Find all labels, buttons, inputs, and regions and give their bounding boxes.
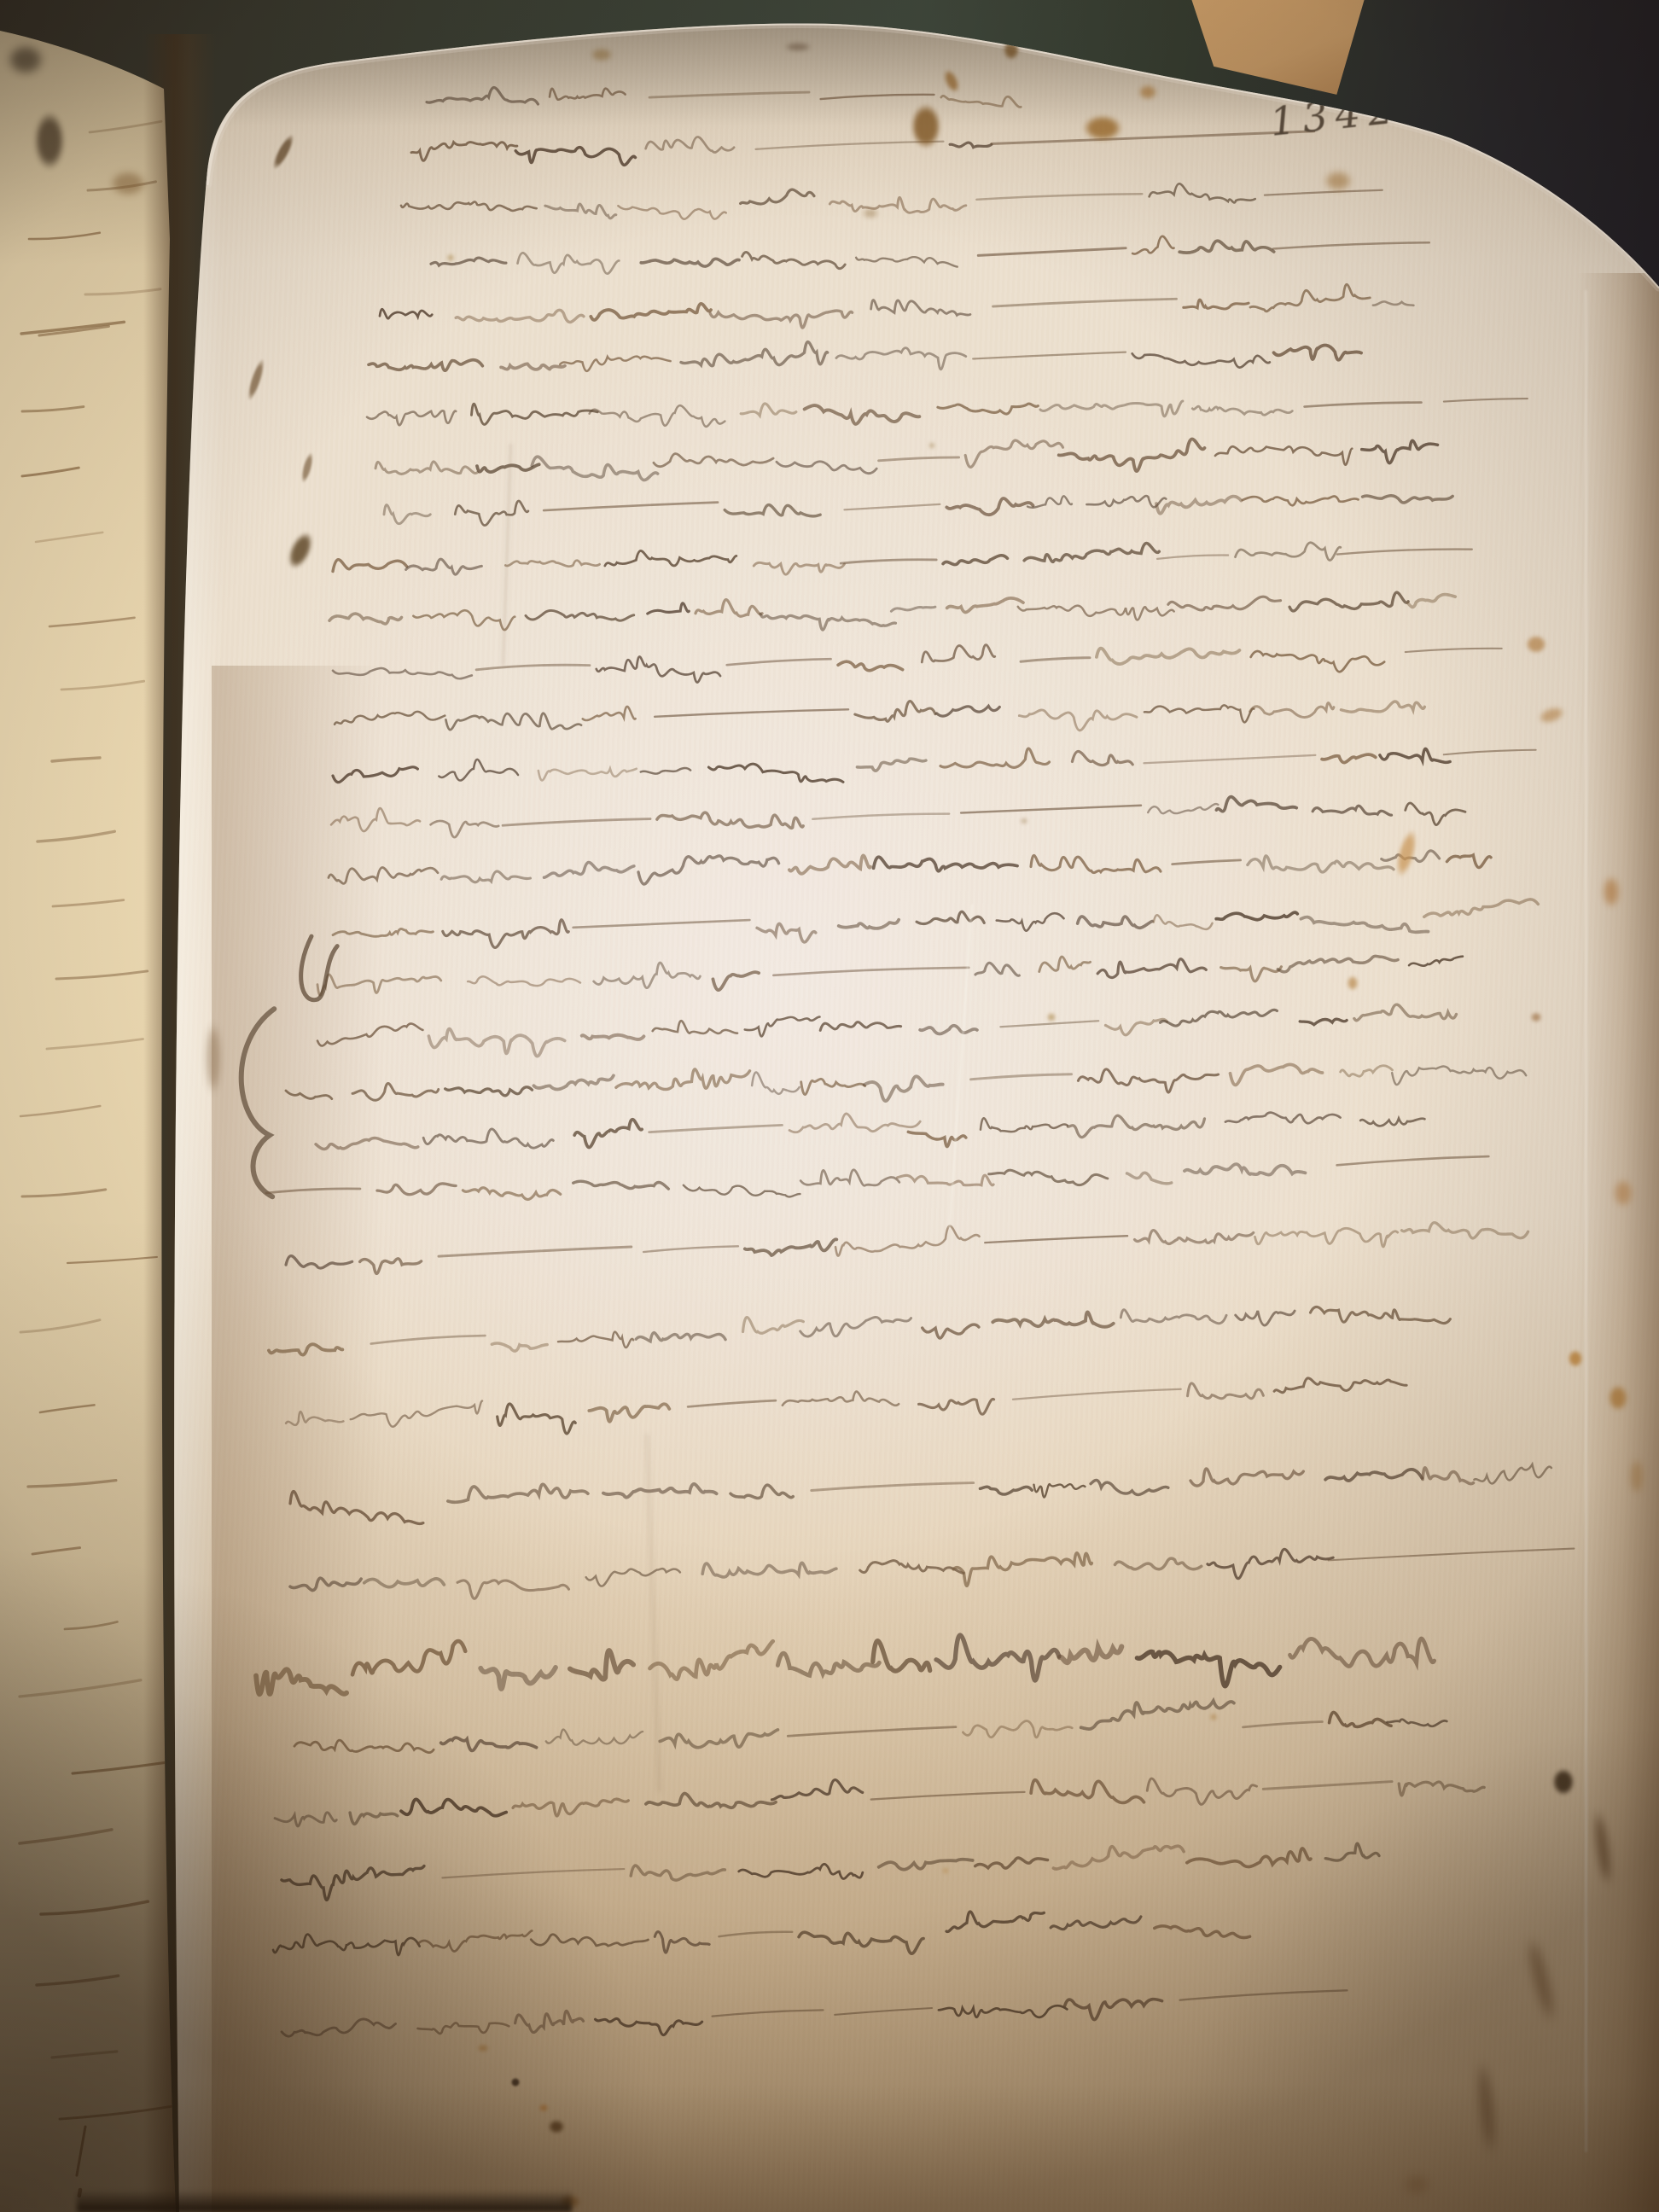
handwriting-stroke	[367, 410, 456, 425]
handwriting-stroke	[741, 404, 796, 416]
handwriting-stroke	[423, 1127, 554, 1150]
handwriting-stroke	[1243, 495, 1359, 506]
handwriting-stroke	[558, 1331, 634, 1350]
handwriting-stroke	[829, 196, 966, 213]
handwriting-stroke	[941, 95, 1022, 108]
handwriting-stroke	[1310, 1301, 1450, 1328]
handwriting-stroke	[1058, 439, 1204, 472]
line-filler-dash	[649, 92, 809, 97]
handwriting-stroke	[1127, 1173, 1172, 1185]
handwriting-line	[294, 1695, 1447, 1758]
handwriting-stroke	[443, 920, 569, 949]
handwriting-stroke	[989, 1167, 1108, 1187]
handwriting-stroke	[1300, 1019, 1347, 1025]
handwriting-stroke	[589, 1404, 670, 1422]
handwriting-stroke	[1373, 301, 1414, 306]
line-filler-dash	[1406, 648, 1502, 652]
handwriting-stroke	[256, 1668, 346, 1696]
handwriting-stroke	[657, 811, 803, 829]
handwriting-line	[268, 1290, 1450, 1368]
line-filler-dash	[1444, 750, 1536, 755]
handwriting-stroke	[839, 920, 899, 929]
handwriting-stroke	[1216, 795, 1296, 811]
handwriting-stroke	[1408, 594, 1456, 607]
line-filler-dash	[1144, 755, 1315, 763]
handwriting-stroke	[618, 205, 725, 220]
handwriting-line	[285, 1372, 1407, 1443]
handwriting-stroke	[660, 1730, 778, 1749]
line-filler-dash	[544, 503, 718, 510]
line-filler-dash	[371, 1336, 486, 1344]
handwriting-stroke	[684, 1182, 800, 1199]
handwriting-stroke	[585, 1568, 680, 1586]
handwriting-stroke	[731, 1485, 794, 1499]
handwriting-stroke	[800, 1316, 911, 1338]
line-filler-dash	[879, 457, 959, 461]
handwriting-stroke	[560, 356, 671, 372]
handwriting-stroke	[646, 1791, 777, 1811]
handwriting-stroke	[872, 1639, 929, 1671]
handwriting-stroke	[275, 1812, 336, 1826]
handwriting-stroke	[290, 1577, 362, 1591]
handwriting-stroke	[710, 311, 853, 329]
handwriting-stroke	[457, 1578, 569, 1599]
handwriting-stroke	[1097, 646, 1240, 665]
line-filler-dash	[755, 142, 943, 149]
line-filler-dash	[649, 1125, 783, 1132]
line-filler-dash	[992, 131, 1314, 144]
handwriting-stroke	[1362, 440, 1438, 463]
handwriting-stroke	[1447, 855, 1491, 869]
handwriting-stroke	[1105, 1019, 1167, 1035]
handwriting-stroke	[317, 1023, 423, 1045]
handwriting-stroke	[431, 820, 499, 838]
handwriting-line	[290, 1541, 1575, 1603]
handwriting-stroke	[725, 504, 820, 518]
handwriting-stroke	[1248, 853, 1394, 873]
handwriting-line	[317, 1004, 1457, 1061]
handwriting-stroke	[505, 560, 599, 567]
handwriting-stroke	[477, 464, 539, 472]
line-filler-dash	[1180, 1990, 1348, 2000]
handwriting-stroke	[471, 402, 597, 424]
handwriting-stroke	[789, 1112, 921, 1133]
handwriting-stroke	[1216, 912, 1297, 920]
handwriting-stroke	[1341, 1066, 1393, 1077]
handwriting-stroke	[1230, 1064, 1322, 1086]
handwriting-stroke	[1019, 708, 1137, 731]
handwriting-stroke	[352, 1641, 466, 1674]
handwriting-stroke	[879, 1859, 973, 1870]
handwriting-stroke	[375, 461, 478, 475]
handwriting-stroke	[1382, 851, 1440, 863]
handwriting-line	[274, 1761, 1484, 1830]
handwriting-stroke	[1399, 1780, 1484, 1796]
line-filler-dash	[1263, 1782, 1392, 1790]
handwriting-stroke	[574, 1119, 643, 1147]
handwriting-stroke	[411, 142, 517, 161]
handwriting-stroke	[981, 1116, 1068, 1132]
handwriting-stroke	[1031, 853, 1161, 874]
handwriting-stroke	[1254, 1227, 1398, 1251]
handwriting-stroke	[1031, 1777, 1144, 1805]
handwriting-stroke	[1225, 1111, 1341, 1125]
handwriting-stroke	[573, 1179, 669, 1191]
handwriting-stroke	[1039, 956, 1090, 971]
line-filler-dash	[1021, 658, 1090, 662]
handwriting-stroke	[369, 360, 483, 372]
handwriting-line	[431, 232, 1429, 276]
handwriting-stroke	[532, 455, 658, 482]
handwriting-stroke	[963, 1720, 1072, 1739]
handwriting-stroke	[649, 1641, 774, 1679]
handwriting-line	[290, 1462, 1552, 1527]
handwriting-stroke	[742, 1315, 804, 1334]
handwriting-stroke	[856, 256, 958, 269]
line-filler-dash	[688, 1400, 776, 1406]
line-filler-dash	[1157, 555, 1228, 558]
handwriting-stroke	[1363, 494, 1453, 504]
handwriting-line	[316, 1102, 1425, 1160]
handwriting-stroke	[760, 612, 896, 631]
handwriting-stroke	[855, 701, 935, 722]
handwriting-stroke	[1072, 750, 1132, 765]
handwriting-stroke	[317, 973, 441, 996]
line-filler-dash	[871, 1792, 1025, 1800]
handwriting-stroke	[1137, 1649, 1280, 1688]
handwriting-stroke	[891, 607, 935, 611]
handwriting-stroke	[636, 1330, 725, 1342]
handwriting-stroke	[1148, 804, 1218, 814]
handwriting-stroke	[1251, 649, 1385, 673]
handwriting-stroke	[517, 252, 619, 276]
handwriting-stroke	[1322, 754, 1376, 763]
line-filler-dash	[1000, 1021, 1098, 1027]
handwriting-stroke	[428, 1027, 565, 1058]
handwriting-stroke	[377, 1184, 457, 1196]
handwriting-stroke	[1156, 496, 1242, 513]
handwriting-stroke	[918, 1399, 994, 1416]
handwriting-stroke	[757, 923, 816, 943]
handwriting-line	[401, 181, 1382, 223]
handwriting-stroke	[1329, 1711, 1391, 1727]
handwriting-stroke	[1341, 701, 1424, 713]
handwriting-stroke	[1406, 802, 1466, 825]
line-filler-dash	[719, 1931, 792, 1936]
handwriting-stroke	[938, 404, 1039, 415]
line-filler-dash	[442, 1869, 624, 1877]
handwriting-stroke	[455, 501, 528, 526]
handwriting-stroke	[1115, 1557, 1201, 1571]
handwriting-stroke	[418, 1930, 533, 1952]
handwriting-stroke	[745, 1016, 820, 1037]
handwriting-stroke	[638, 855, 779, 884]
handwriting-stroke	[1289, 1636, 1435, 1668]
line-filler-dash	[976, 194, 1142, 200]
handwriting-stroke	[591, 304, 711, 320]
handwriting-stroke	[1080, 1700, 1234, 1729]
handwriting-stroke	[739, 1863, 863, 1881]
handwriting-line	[333, 740, 1536, 791]
handwriting-stroke	[835, 1225, 980, 1256]
handwriting-stroke	[654, 452, 773, 467]
handwriting-stroke	[980, 1486, 1032, 1494]
handwriting-stroke	[836, 347, 966, 371]
handwriting-stroke	[286, 1254, 352, 1269]
handwriting-stroke	[754, 562, 844, 575]
handwriting-stroke	[805, 405, 920, 425]
handwriting-stroke	[380, 308, 432, 318]
handwriting-stroke	[1134, 1227, 1254, 1245]
handwriting-stroke	[870, 299, 969, 317]
page-top-edge-glow	[207, 23, 1659, 287]
handwriting-stroke	[1192, 405, 1292, 416]
handwriting-stroke	[1121, 1306, 1226, 1327]
handwriting-stroke	[350, 1401, 483, 1429]
handwriting-stroke	[946, 1910, 1045, 1932]
handwriting-stroke	[1221, 966, 1282, 981]
line-filler-dash	[266, 1188, 360, 1193]
handwriting-stroke	[1091, 1479, 1168, 1496]
handwriting-stroke	[820, 1022, 901, 1031]
handwriting-stroke	[1380, 748, 1450, 764]
handwriting-stroke	[1190, 1467, 1304, 1487]
handwriting-stroke	[908, 1131, 966, 1148]
handwriting-stroke	[975, 963, 1020, 976]
handwriting-line	[411, 128, 1314, 167]
line-filler-dash	[978, 248, 1126, 256]
handwriting-stroke	[439, 759, 518, 781]
handwriting-stroke	[515, 2011, 584, 2034]
line-filler-dash	[655, 709, 848, 716]
handwriting-line	[333, 636, 1502, 690]
handwriting-stroke	[513, 1799, 629, 1818]
handwriting-stroke	[752, 1072, 800, 1095]
handwriting-stroke	[771, 1779, 863, 1800]
line-filler-dash	[971, 1074, 1072, 1080]
handwriting-stroke	[1208, 1548, 1334, 1580]
handwriting-stroke	[992, 1311, 1114, 1330]
handwriting-stroke	[447, 1483, 588, 1502]
handwriting-stroke	[1187, 1381, 1263, 1400]
line-filler-dash	[973, 352, 1126, 359]
line-filler-dash	[1265, 190, 1382, 195]
handwriting-stroke	[950, 143, 992, 148]
handwriting-stroke	[333, 928, 434, 937]
handwriting-stroke	[1064, 1996, 1162, 2020]
handwriting-stroke	[696, 599, 762, 617]
handwriting-line	[285, 1210, 1528, 1278]
page-top-edge-highlight	[207, 23, 1659, 287]
handwriting-stroke	[648, 603, 690, 614]
handwriting-stroke	[947, 598, 1024, 613]
handwriting-stroke	[799, 1930, 924, 1957]
handwriting-stroke	[645, 137, 734, 154]
handwriting-stroke	[413, 609, 515, 631]
handwriting-line	[255, 1621, 1435, 1706]
handwriting-stroke	[1274, 1375, 1407, 1393]
handwriting-stroke	[441, 1736, 537, 1751]
handwriting-stroke	[708, 762, 843, 784]
handwriting-stroke	[282, 1866, 425, 1901]
handwriting-stroke	[333, 559, 407, 572]
handwriting-stroke	[480, 1667, 556, 1690]
handwriting-stroke	[282, 2018, 396, 2037]
handwriting-stroke	[1387, 1718, 1447, 1727]
handwriting-stroke	[427, 87, 538, 105]
line-filler-dash	[1173, 860, 1241, 864]
photo-scene: 1342	[0, 0, 1659, 2212]
line-filler-dash	[1273, 242, 1429, 248]
handwriting-stroke	[538, 768, 637, 780]
handwriting-stroke	[920, 1025, 977, 1034]
handwriting-stroke	[1392, 1065, 1526, 1085]
handwriting-line	[427, 82, 1021, 114]
line-filler-dash	[573, 920, 749, 928]
handwriting-stroke	[740, 189, 814, 204]
handwriting-stroke	[655, 1930, 709, 1953]
handwriting-line	[329, 842, 1492, 889]
handwriting-stroke	[463, 1186, 561, 1202]
handwriting-stroke	[935, 1633, 1059, 1683]
handwriting-stroke	[329, 866, 438, 883]
handwriting-stroke	[1154, 914, 1213, 930]
handwriting-stroke	[1149, 183, 1254, 203]
handwriting-stroke	[838, 661, 903, 671]
handwriting-stroke	[597, 655, 721, 684]
handwriting-stroke	[286, 1090, 332, 1100]
handwriting-stroke	[975, 1857, 1048, 1869]
line-filler-dash	[773, 968, 969, 975]
handwriting-line	[384, 485, 1453, 527]
handwriting-stroke	[1185, 1162, 1306, 1177]
handwriting-stroke	[1051, 1917, 1141, 1930]
handwriting-stroke	[1097, 958, 1207, 978]
handwriting-line	[282, 1841, 1380, 1901]
handwriting-stroke	[922, 644, 995, 662]
line-filler-dash	[812, 1483, 974, 1491]
handwriting-layer	[0, 0, 1659, 2212]
handwriting-stroke	[569, 1650, 633, 1680]
handwriting-line	[369, 333, 1362, 381]
handwriting-stroke	[1313, 806, 1391, 817]
handwriting-stroke	[593, 962, 700, 988]
handwriting-stroke	[456, 310, 584, 323]
handwriting-stroke	[468, 975, 580, 987]
handwriting-stroke	[857, 759, 926, 771]
handwriting-stroke	[1060, 1646, 1122, 1662]
handwriting-line	[331, 791, 1466, 842]
handwriting-line	[333, 538, 1472, 580]
line-filler-dash	[1013, 1389, 1181, 1400]
handwriting-stroke	[641, 768, 690, 774]
handwriting-stroke	[316, 1137, 418, 1150]
handwriting-stroke	[1179, 240, 1274, 253]
handwriting-stroke	[603, 1483, 717, 1498]
handwriting-stroke	[953, 1552, 1092, 1586]
handwriting-stroke	[943, 556, 1008, 565]
handwriting-stroke	[605, 550, 736, 567]
handwriting-stroke	[335, 711, 445, 724]
line-filler-dash	[985, 1236, 1127, 1243]
handwriting-stroke	[1360, 1118, 1424, 1126]
line-filler-dash	[812, 813, 949, 818]
handwriting-stroke	[1078, 916, 1153, 929]
handwriting-stroke	[1354, 1004, 1457, 1021]
handwriting-stroke	[401, 201, 537, 212]
line-filler-dash	[503, 819, 650, 826]
handwriting-stroke	[745, 1239, 837, 1256]
handwriting-stroke	[702, 1561, 836, 1578]
handwriting-stroke	[742, 251, 846, 271]
handwriting-line	[375, 434, 1438, 484]
handwriting-stroke	[1409, 957, 1463, 966]
handwriting-stroke	[360, 1258, 422, 1274]
handwriting-stroke	[1086, 496, 1166, 509]
line-filler-dash	[1243, 1722, 1322, 1727]
handwriting-stroke	[800, 1168, 899, 1187]
handwriting-stroke	[873, 854, 1017, 872]
line-filler-dash	[844, 504, 940, 509]
handwriting-stroke	[364, 1578, 445, 1588]
line-filler-dash	[1304, 402, 1421, 406]
handwriting-stroke	[1249, 703, 1334, 719]
line-filler-dash	[476, 665, 590, 670]
handwriting-stroke	[1250, 284, 1371, 311]
handwriting-stroke	[1168, 597, 1281, 611]
line-filler-dash	[727, 659, 831, 665]
handwriting-stroke	[1184, 299, 1249, 309]
handwriting-stroke	[1040, 401, 1183, 418]
handwriting-line	[272, 1905, 1249, 1970]
handwriting-stroke	[1078, 1068, 1219, 1094]
handwriting-line	[329, 588, 1456, 637]
handwriting-stroke	[616, 1068, 750, 1091]
handwriting-stroke	[1289, 592, 1408, 611]
handwriting-stroke	[492, 1342, 547, 1352]
handwriting-stroke	[384, 504, 431, 524]
handwriting-stroke	[898, 1173, 994, 1188]
handwriting-stroke	[1235, 542, 1341, 562]
handwriting-stroke	[417, 2021, 509, 2034]
handwriting-stroke	[864, 1076, 942, 1102]
handwriting-stroke	[1144, 705, 1254, 724]
handwriting-stroke	[1301, 915, 1428, 934]
handwriting-stroke	[501, 364, 565, 370]
handwriting-line	[380, 283, 1414, 334]
handwriting-stroke	[497, 1402, 575, 1436]
manuscript-page: 1342	[0, 0, 1659, 2212]
handwriting-stroke	[997, 913, 1064, 931]
line-filler-dash	[713, 2010, 824, 2017]
handwriting-stroke	[917, 911, 984, 924]
handwriting-line	[335, 694, 1425, 741]
handwriting-stroke	[590, 405, 725, 428]
handwriting-stroke	[652, 1020, 737, 1035]
handwriting-stroke	[582, 1034, 644, 1040]
handwriting-stroke	[641, 259, 739, 267]
handwriting-stroke	[1423, 899, 1538, 917]
line-filler-dash	[993, 299, 1177, 306]
handwriting-stroke	[939, 2004, 1068, 2021]
line-filler-dash	[1444, 399, 1528, 402]
line-filler-dash	[1337, 549, 1472, 554]
handwriting-stroke	[401, 1796, 507, 1818]
handwriting-stroke	[352, 1082, 439, 1100]
handwriting-stroke	[681, 341, 828, 366]
stain	[350, 9, 383, 51]
handwriting-stroke	[350, 1812, 398, 1825]
